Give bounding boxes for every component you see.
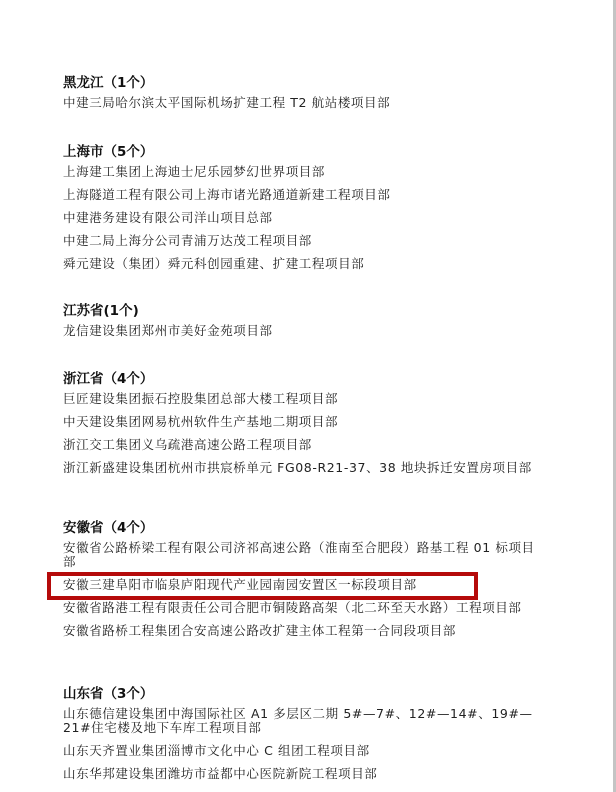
list-item-highlighted: 安徽三建阜阳市临泉庐阳现代产业园南园安置区一标段项目部 [63, 578, 541, 592]
list-item: 中建港务建设有限公司洋山项目总部 [63, 211, 541, 225]
section-heilongjiang: 黑龙江（1个） 中建三局哈尔滨太平国际机场扩建工程 T2 航站楼项目部 [63, 74, 543, 119]
document-page: 黑龙江（1个） 中建三局哈尔滨太平国际机场扩建工程 T2 航站楼项目部 上海市（… [0, 0, 613, 792]
list-item: 中建二局上海分公司青浦万达茂工程项目部 [63, 234, 541, 248]
section-zhejiang: 浙江省（4个） 巨匠建设集团振石控股集团总部大楼工程项目部 中天建设集团网易杭州… [63, 370, 543, 484]
list-item: 上海隧道工程有限公司上海市诸光路通道新建工程项目部 [63, 188, 541, 202]
section-title: 安徽省（4个） [63, 519, 543, 537]
list-item: 龙信建设集团郑州市美好金苑项目部 [63, 324, 541, 338]
list-item: 安徽省公路桥梁工程有限公司济祁高速公路（淮南至合肥段）路基工程 01 标项目部 [63, 541, 541, 569]
section-jiangsu: 江苏省(1个) 龙信建设集团郑州市美好金苑项目部 [63, 302, 543, 347]
list-item: 安徽省路桥工程集团合安高速公路改扩建主体工程第一合同段项目部 [63, 624, 541, 638]
section-shanghai: 上海市（5个） 上海建工集团上海迪士尼乐园梦幻世界项目部 上海隧道工程有限公司上… [63, 143, 543, 280]
section-title: 浙江省（4个） [63, 370, 543, 388]
list-item: 安徽省路港工程有限责任公司合肥市铜陵路高架（北二环至天水路）工程项目部 [63, 601, 541, 615]
list-item: 山东天齐置业集团淄博市文化中心 C 组团工程项目部 [63, 744, 541, 758]
section-title: 江苏省(1个) [63, 302, 543, 320]
section-anhui: 安徽省（4个） 安徽省公路桥梁工程有限公司济祁高速公路（淮南至合肥段）路基工程 … [63, 519, 543, 647]
list-item: 上海建工集团上海迪士尼乐园梦幻世界项目部 [63, 165, 541, 179]
section-title: 上海市（5个） [63, 143, 543, 161]
list-item: 舜元建设（集团）舜元科创园重建、扩建工程项目部 [63, 257, 541, 271]
section-title: 山东省（3个） [63, 685, 543, 703]
list-item: 巨匠建设集团振石控股集团总部大楼工程项目部 [63, 392, 541, 406]
section-shandong: 山东省（3个） 山东德信建设集团中海国际社区 A1 多层区二期 5#—7#、12… [63, 685, 543, 790]
list-item: 中建三局哈尔滨太平国际机场扩建工程 T2 航站楼项目部 [63, 96, 541, 110]
list-item: 浙江新盛建设集团杭州市拱宸桥单元 FG08-R21-37、38 地块拆迁安置房项… [63, 461, 541, 475]
list-item: 浙江交工集团义乌疏港高速公路工程项目部 [63, 438, 541, 452]
section-title: 黑龙江（1个） [63, 74, 543, 92]
list-item: 山东华邦建设集团潍坊市益都中心医院新院工程项目部 [63, 767, 541, 781]
list-item: 中天建设集团网易杭州软件生产基地二期项目部 [63, 415, 541, 429]
list-item: 山东德信建设集团中海国际社区 A1 多层区二期 5#—7#、12#—14#、19… [63, 707, 541, 735]
